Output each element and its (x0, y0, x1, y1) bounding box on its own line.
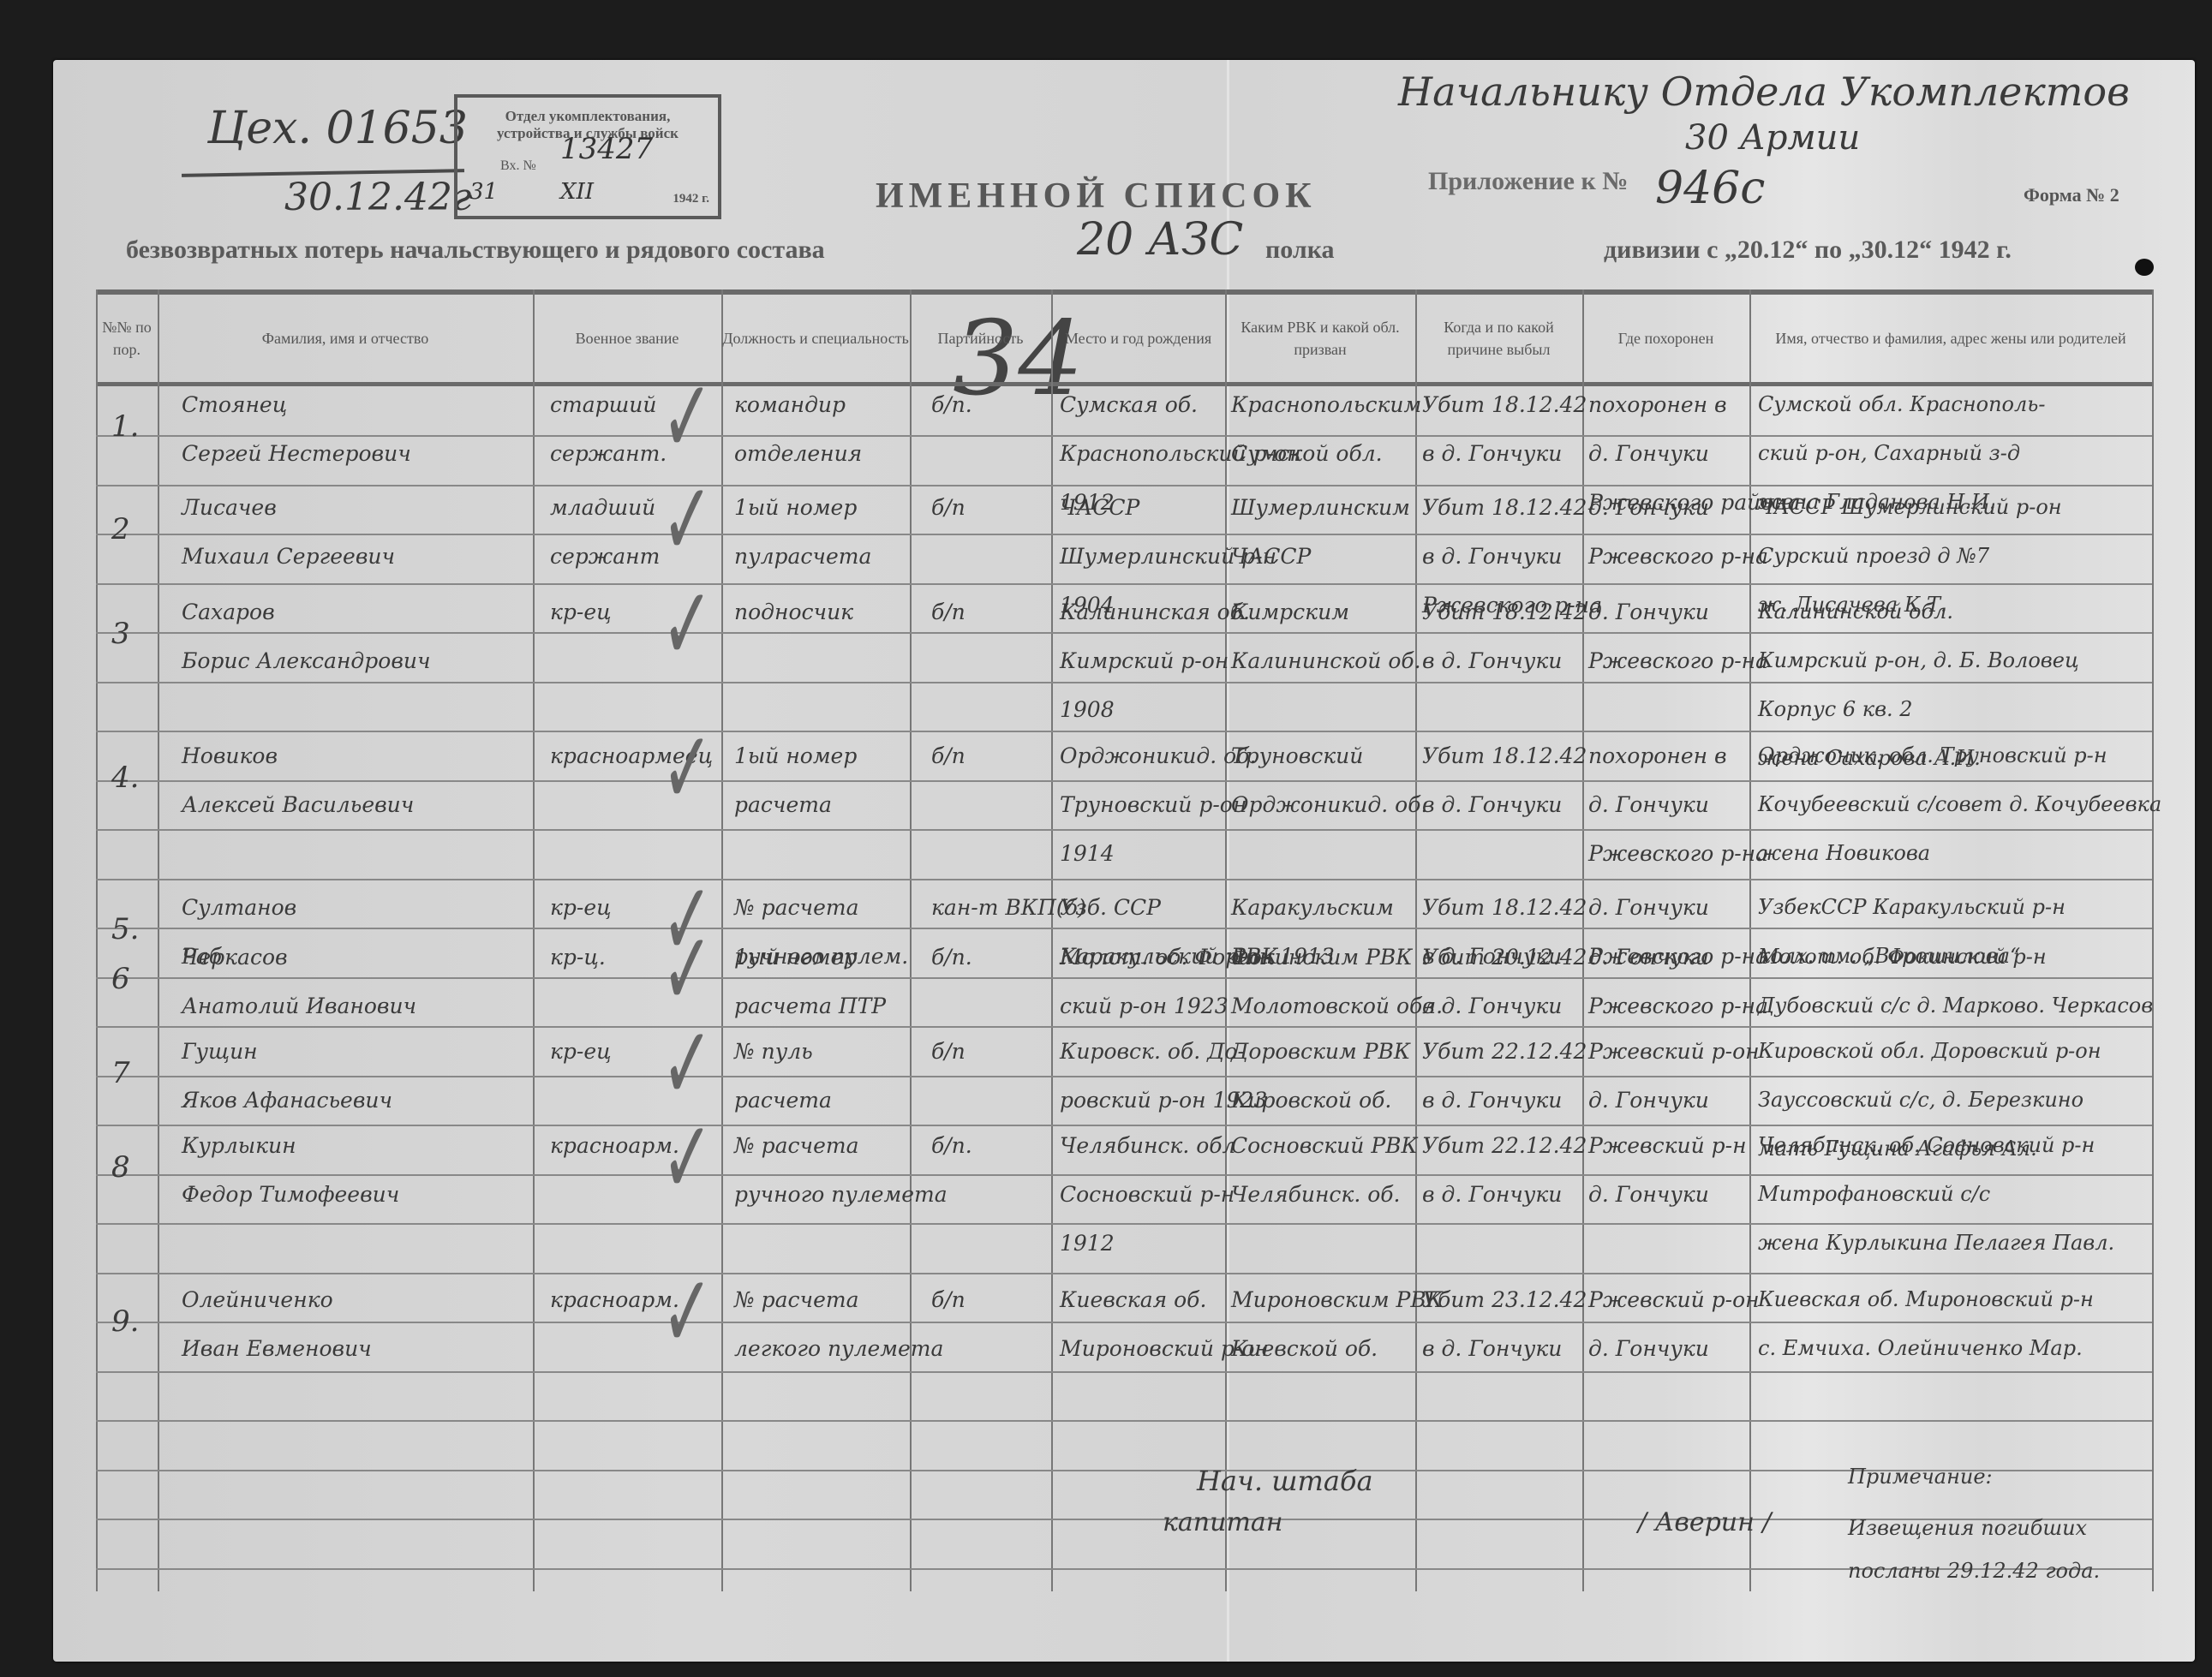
cell-buried: Ржевский р-н (1588, 1133, 1747, 1158)
cell-rvk: ЧАССР (1231, 544, 1311, 569)
cell-rvk: Краснопольским (1231, 392, 1421, 417)
cell-birth: 1908 (1060, 697, 1115, 722)
cell-party: б/п. (931, 945, 972, 970)
cell-relatives: Калининской обл. (1758, 600, 1953, 624)
ink-blot (2135, 259, 2154, 276)
cell-rvk: Сумской обл. (1231, 441, 1383, 466)
ruled-line (96, 1125, 2152, 1126)
note-line-3: посланы 29.12.42 года. (1848, 1559, 2100, 1583)
document-sheet: Цех. 01653 30.12.42г Отдел укомплектован… (53, 60, 2195, 1662)
addressee-line-2: 30 Армии (1685, 118, 1860, 158)
cell-buried: д. Гончуки (1588, 1088, 1709, 1113)
cell-n: 8 (111, 1150, 130, 1185)
cell-birth: Кимрский р-он (1060, 648, 1229, 673)
cell-n: 1. (111, 409, 139, 444)
cell-relatives: Дубовский с/с д. Марково. Черкасов (1758, 994, 2153, 1018)
cell-relatives: Зауссовский с/с, д. Березкино (1758, 1088, 2083, 1112)
ruled-line (96, 1076, 2152, 1077)
cell-party: б/п (931, 743, 966, 768)
cell-relatives: Челябинск. об. Сосновский р-н (1758, 1133, 2095, 1157)
cell-birth: Челябинск. обл (1060, 1133, 1235, 1158)
stamp-day: 31 (469, 183, 498, 200)
cell-relatives: Киевская об. Мироновский р-н (1758, 1287, 2094, 1311)
cell-name: Гущин (182, 1039, 258, 1064)
cell-position: № расчета (734, 1133, 858, 1158)
cell-when: Убит 22.12.42 (1422, 1133, 1587, 1158)
cell-n: 5. (111, 912, 139, 946)
cell-rank: кр-ц. (550, 945, 606, 970)
cell-relatives: Сумской обл. Краснополь- (1758, 392, 2045, 416)
cell-birth: Узб. ССР (1060, 895, 1161, 920)
cell-rank: красноарм. (550, 1287, 679, 1312)
cell-buried: Ржевского р-на (1588, 648, 1768, 673)
cell-name: Борис Александрович (182, 648, 431, 673)
cell-buried: похоронен в (1588, 392, 1727, 417)
ruled-line (96, 435, 2152, 437)
cell-rvk: Доровским РВК (1231, 1039, 1410, 1064)
cell-when: Убит 18.12.42 (1422, 600, 1587, 624)
cell-position: расчета (734, 792, 832, 817)
cell-when: в д. Гончуки (1422, 544, 1562, 569)
cell-rank: сержант. (550, 441, 667, 466)
cell-buried: Ржевского р-на (1588, 841, 1768, 866)
cell-position: командир (734, 392, 846, 417)
cell-position: пулрасчета (734, 544, 871, 569)
losses-table: №№ по пор. Фамилия, имя и отчество Военн… (96, 289, 2152, 1591)
cell-rank: красноарм. (550, 1133, 679, 1158)
cell-rvk: Труновский (1231, 743, 1363, 768)
cell-name: Стоянец (182, 392, 287, 417)
ruled-line (96, 1470, 2152, 1471)
cell-name: Черкасов (182, 945, 288, 970)
archive-number: Цех. 01653 (207, 103, 468, 154)
cell-rvk: Молотовской обл. (1231, 994, 1443, 1018)
cell-relatives: с. Емчиха. Олейниченко Мар. (1758, 1336, 2083, 1360)
note-line-1: Примечание: (1848, 1465, 1993, 1489)
cell-n: 3 (111, 617, 130, 651)
cell-birth: Калининская об. (1060, 600, 1250, 624)
header-party: Партийность (910, 296, 1051, 380)
header-position: Должность и специальность (721, 296, 910, 380)
cell-relatives: ЧАССР Шумерлинский р-он (1758, 495, 2062, 519)
ruled-line (96, 682, 2152, 683)
ruled-line (96, 879, 2152, 880)
archive-date: 30.12.42г (284, 176, 471, 219)
header-buried: Где похоронен (1582, 296, 1749, 380)
cell-when: в д. Гончуки (1422, 441, 1562, 466)
cell-position: подносчик (734, 600, 853, 624)
stamp-year: 1942 г. (673, 190, 709, 207)
ruled-line (96, 1371, 2152, 1373)
ruled-line (96, 1420, 2152, 1422)
checkmark-icon: ✓ (661, 1253, 713, 1372)
ruled-line (96, 1026, 2152, 1028)
stamp-line-1: Отдел укомплектования, (457, 108, 718, 125)
ruled-line (96, 780, 2152, 782)
cell-relatives: Митрофановский с/с (1758, 1182, 1990, 1206)
cell-relatives: Кировской обл. Доровский р-он (1758, 1039, 2101, 1063)
cell-position: расчета (734, 1088, 832, 1113)
cell-when: Убит 18.12.42 (1422, 392, 1587, 417)
cell-name: Новиков (182, 743, 278, 768)
cell-buried: Ржевского р-на (1588, 544, 1768, 569)
signature-rank: капитан (1163, 1507, 1283, 1537)
cell-rvk: Каракульским (1231, 895, 1394, 920)
cell-name: Анатолий Иванович (182, 994, 416, 1018)
cell-buried: д. Гончуки (1588, 1336, 1709, 1361)
stamp-month: XII (560, 183, 594, 200)
cell-name: Лисачев (182, 495, 277, 520)
cell-rvk: Кимрским (1231, 600, 1349, 624)
cell-position: 1ый номер (734, 945, 857, 970)
cell-n: 6 (111, 962, 130, 996)
header-relatives: Имя, отчество и фамилия, адрес жены или … (1749, 296, 2152, 380)
cell-party: б/п (931, 1039, 966, 1064)
cell-when: Убит 20.12.42 (1422, 945, 1587, 970)
stamp-incoming-number: 13427 (560, 140, 653, 158)
subtitle-division-dates: дивизии с „20.12“ по „30.12“ 1942 г. (1604, 236, 2012, 265)
cell-rvk: Калининской об. (1231, 648, 1421, 673)
cell-party: б/п. (931, 1133, 972, 1158)
cell-relatives: Сурский проезд д №7 (1758, 544, 1989, 568)
cell-name: Михаил Сергеевич (182, 544, 395, 569)
cell-when: в д. Гончуки (1422, 1182, 1562, 1207)
cell-rank: кр-ец (550, 1039, 612, 1064)
subtitle-polka: полка (1265, 236, 1335, 265)
ruled-line (96, 1519, 2152, 1520)
cell-position: № расчета (734, 895, 858, 920)
cell-birth: ЧАССР (1060, 495, 1139, 520)
cell-rvk: Мироновским РВК (1231, 1287, 1443, 1312)
cell-n: 4. (111, 761, 139, 795)
cell-birth: Кировск. об. До- (1060, 1039, 1245, 1064)
cell-buried: д. Гончуки (1588, 495, 1709, 520)
cell-rvk: Кировской об. (1231, 1088, 1391, 1113)
checkmark-icon: ✓ (661, 358, 713, 477)
checkmark-icon: ✓ (661, 565, 713, 684)
cell-buried: д. Гончуки (1588, 1182, 1709, 1207)
cell-birth: Сумская об. (1060, 392, 1198, 417)
cell-birth: 1914 (1060, 841, 1115, 866)
cell-position: легкого пулемета (734, 1336, 943, 1361)
cell-buried: похоронен в (1588, 743, 1727, 768)
ruled-line (96, 731, 2152, 732)
cell-relatives: жена Новикова (1758, 841, 1930, 865)
cell-buried: д. Гончуки (1588, 441, 1709, 466)
header-number: №№ по пор. (96, 296, 158, 380)
signature-name: / Аверин / (1638, 1507, 1772, 1537)
checkmark-icon: ✓ (661, 1099, 713, 1218)
ruled-line (96, 583, 2152, 585)
ruled-line (96, 928, 2152, 929)
cell-when: Убит 18.12.42 (1422, 895, 1587, 920)
cell-rank: старший (550, 392, 657, 417)
cell-relatives: Кочубеевский с/совет д. Кочубеевка (1758, 792, 2161, 816)
note-line-2: Извещения погибших (1848, 1516, 2087, 1540)
cell-name: Сахаров (182, 600, 275, 624)
addressee-line-1: Начальнику Отдела Укомплектов (1398, 69, 2130, 115)
cell-relatives: ский р-он, Сахарный з-д (1758, 441, 2020, 465)
cell-when: в д. Гончуки (1422, 1336, 1562, 1361)
cell-when: Убит 22.12.42 (1422, 1039, 1587, 1064)
cell-relatives: УзбекССР Каракульский р-н (1758, 895, 2066, 919)
ruled-line (96, 1568, 2152, 1570)
cell-birth: Киевская об. (1060, 1287, 1206, 1312)
ruled-line (96, 632, 2152, 634)
cell-name: Алексей Васильевич (182, 792, 414, 817)
cell-party: б/п (931, 600, 966, 624)
cell-party: б/п (931, 1287, 966, 1312)
cell-birth: Орджоникид. об. (1060, 743, 1256, 768)
header-when: Когда и по какой причине выбыл (1415, 296, 1582, 380)
stamp-incoming-label: Вх. № (500, 158, 536, 175)
cell-relatives: жена Курлыкина Пелагея Павл. (1758, 1231, 2114, 1255)
cell-buried: д. Гончуки (1588, 600, 1709, 624)
cell-rvk: Орджоникид. об. (1231, 792, 1427, 817)
ruled-line (96, 485, 2152, 486)
cell-when: в д. Гончуки (1422, 648, 1562, 673)
cell-rvk: Киевской об. (1231, 1336, 1378, 1361)
cell-position: 1ый номер (734, 495, 857, 520)
cell-birth: 1912 (1060, 1231, 1115, 1256)
cell-n: 9. (111, 1304, 139, 1339)
cell-buried: Ржевский р-он (1588, 1287, 1760, 1312)
checkmark-icon: ✓ (661, 461, 713, 580)
cell-buried: Ржевский р-он (1588, 1039, 1760, 1064)
ruled-line (96, 1273, 2152, 1274)
document-title: ИМЕННОЙ СПИСОК (876, 176, 1317, 217)
cell-n: 7 (111, 1056, 130, 1090)
cell-relatives: Орджоник. обл. Труновский р-н (1758, 743, 2107, 767)
signature-role: Нач. штаба (1197, 1465, 1373, 1497)
cell-buried: д. Гончуки (1588, 792, 1709, 817)
cell-relatives: Молот. об. Фокинский р-н (1758, 945, 2047, 969)
cell-position: отделения (734, 441, 862, 466)
ruled-line (96, 977, 2152, 979)
cell-relatives: Корпус 6 кв. 2 (1758, 697, 1913, 721)
cell-name: Султанов (182, 895, 296, 920)
cell-when: Убит 18.12.42 (1422, 743, 1587, 768)
appendix-number: 946с (1655, 163, 1765, 214)
cell-rank: сержант (550, 544, 660, 569)
cell-position: расчета ПТР (734, 994, 886, 1018)
cell-rvk: Челябинск. об. (1231, 1182, 1401, 1207)
form-number: Форма № 2 (2024, 184, 2119, 206)
appendix-label: Приложение к № (1428, 167, 1628, 196)
cell-rvk: Фокинским РВК (1231, 945, 1413, 970)
table-header-rule (96, 382, 2152, 386)
checkmark-icon: ✓ (661, 709, 713, 828)
cell-when: Убит 18.12.42 (1422, 495, 1587, 520)
cell-rank: младший (550, 495, 655, 520)
cell-birth: Труновский р-он (1060, 792, 1246, 817)
cell-position: ручного пулемета (734, 1182, 948, 1207)
cell-rvk: Сосновский РВК (1231, 1133, 1418, 1158)
cell-birth: ский р-он 1923 (1060, 994, 1229, 1018)
cell-rank: кр-ец (550, 895, 612, 920)
cell-when: в д. Гончуки (1422, 994, 1562, 1018)
cell-name: Олейниченко (182, 1287, 333, 1312)
cell-name: Федор Тимофеевич (182, 1182, 399, 1207)
table-top-rule (96, 289, 2152, 295)
ruled-line (96, 829, 2152, 831)
incoming-stamp: Отдел укомплектования, устройства и служ… (454, 94, 721, 219)
subtitle-unit: 20 АЗС (1077, 214, 1243, 266)
cell-name: Иван Евменович (182, 1336, 372, 1361)
cell-rank: кр-ец (550, 600, 612, 624)
cell-when: в д. Гончуки (1422, 792, 1562, 817)
cell-relatives: Кимрский р-он, д. Б. Воловец (1758, 648, 2079, 672)
cell-buried: д. Гончуки (1588, 945, 1709, 970)
cell-name: Яков Афанасьевич (182, 1088, 392, 1113)
cell-rvk: Шумерлинским (1231, 495, 1410, 520)
cell-when: в д. Гончуки (1422, 1088, 1562, 1113)
header-rvk: Каким РВК и какой обл. призван (1225, 296, 1415, 380)
cell-name: Курлыкин (182, 1133, 296, 1158)
cell-position: № расчета (734, 1287, 858, 1312)
cell-party: б/п (931, 495, 966, 520)
cell-position: 1ый номер (734, 743, 857, 768)
cell-buried: Ржевского р-на (1588, 994, 1768, 1018)
cell-party: б/п. (931, 392, 972, 417)
cell-buried: д. Гончуки (1588, 895, 1709, 920)
ruled-line (96, 1322, 2152, 1323)
subtitle-prefix: безвозвратных потерь начальствующего и р… (126, 236, 825, 265)
cell-birth: Сосновский р-н (1060, 1182, 1235, 1207)
cell-when: Убит 23.12.42 (1422, 1287, 1587, 1312)
ruled-line (96, 1174, 2152, 1176)
ruled-line (96, 534, 2152, 535)
cell-position: № пуль (734, 1039, 813, 1064)
cell-name: Сергей Нестерович (182, 441, 411, 466)
ruled-line (96, 1223, 2152, 1225)
cell-n: 2 (111, 512, 130, 546)
header-name: Фамилия, имя и отчество (158, 296, 533, 380)
header-birth: Место и год рождения (1051, 296, 1225, 380)
